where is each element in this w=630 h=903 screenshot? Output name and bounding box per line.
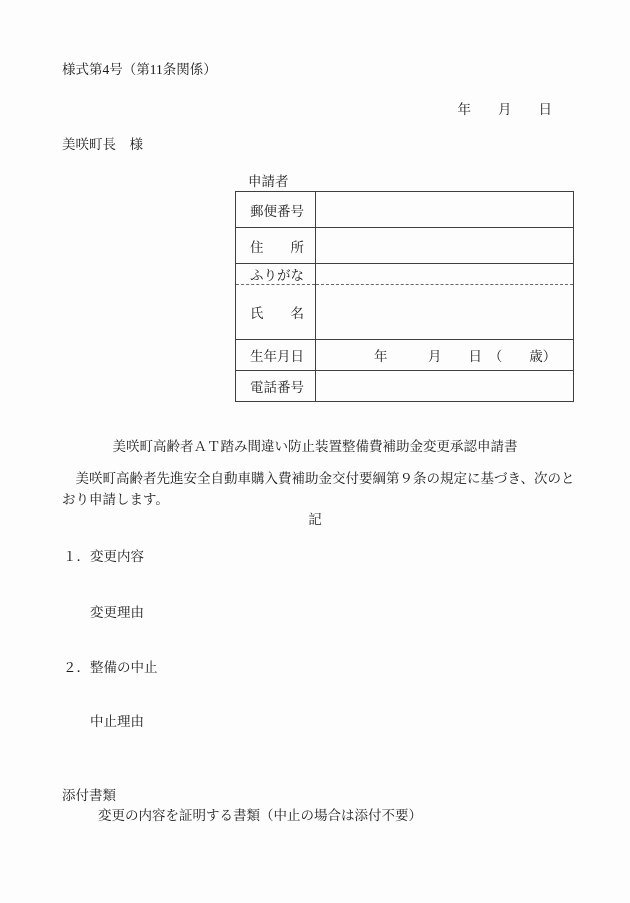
document-page: 様式第4号（第11条関係） 年 月 日 美咲町長 様 申請者 郵便番号 住 所 … bbox=[0, 0, 630, 903]
birthdate-label: 生年月日 bbox=[236, 340, 316, 371]
attachments-description: 変更の内容を証明する書類（中止の場合は添付不要） bbox=[98, 808, 422, 824]
furigana-value bbox=[316, 264, 574, 285]
body-paragraph-line2: おり申請します。 bbox=[62, 492, 169, 508]
phone-value bbox=[316, 371, 574, 402]
ki-marker: 記 bbox=[0, 512, 630, 528]
document-title: 美咲町高齢者ＡＴ踏み間違い防止装置整備費補助金変更承認申請書 bbox=[0, 439, 630, 455]
table-row-postal-code: 郵便番号 bbox=[236, 192, 574, 228]
table-row-address: 住 所 bbox=[236, 228, 574, 264]
address-label: 住 所 bbox=[236, 228, 316, 264]
birthdate-value: 年 月 日 （ 歳） bbox=[316, 340, 574, 371]
addressee: 美咲町長 様 bbox=[62, 137, 143, 153]
postal-code-label: 郵便番号 bbox=[236, 192, 316, 228]
table-row-birthdate: 生年月日 年 月 日 （ 歳） bbox=[236, 340, 574, 371]
section1-heading: １．変更内容 bbox=[63, 549, 144, 565]
table-row-phone: 電話番号 bbox=[236, 371, 574, 402]
postal-code-value bbox=[316, 192, 574, 228]
applicant-table: 郵便番号 住 所 ふりがな 氏 名 生年月日 年 月 日 （ 歳） 電話番号 bbox=[235, 191, 574, 402]
section1-reason-label: 変更理由 bbox=[90, 605, 144, 621]
applicant-caption: 申請者 bbox=[248, 174, 289, 190]
body-paragraph-line1: 美咲町高齢者先進安全自動車購入費補助金交付要綱第９条の規定に基づき、次のと bbox=[62, 471, 574, 487]
date-line: 年 月 日 bbox=[458, 102, 553, 118]
furigana-label: ふりがな bbox=[236, 264, 316, 285]
attachments-label: 添付書類 bbox=[62, 788, 116, 804]
address-value bbox=[316, 228, 574, 264]
name-label: 氏 名 bbox=[236, 285, 316, 340]
form-number: 様式第4号（第11条関係） bbox=[62, 62, 217, 78]
name-value bbox=[316, 285, 574, 340]
section2-reason-label: 中止理由 bbox=[90, 714, 144, 730]
section2-heading: ２．整備の中止 bbox=[63, 660, 158, 676]
table-row-name: 氏 名 bbox=[236, 285, 574, 340]
table-row-furigana: ふりがな bbox=[236, 264, 574, 285]
phone-label: 電話番号 bbox=[236, 371, 316, 402]
